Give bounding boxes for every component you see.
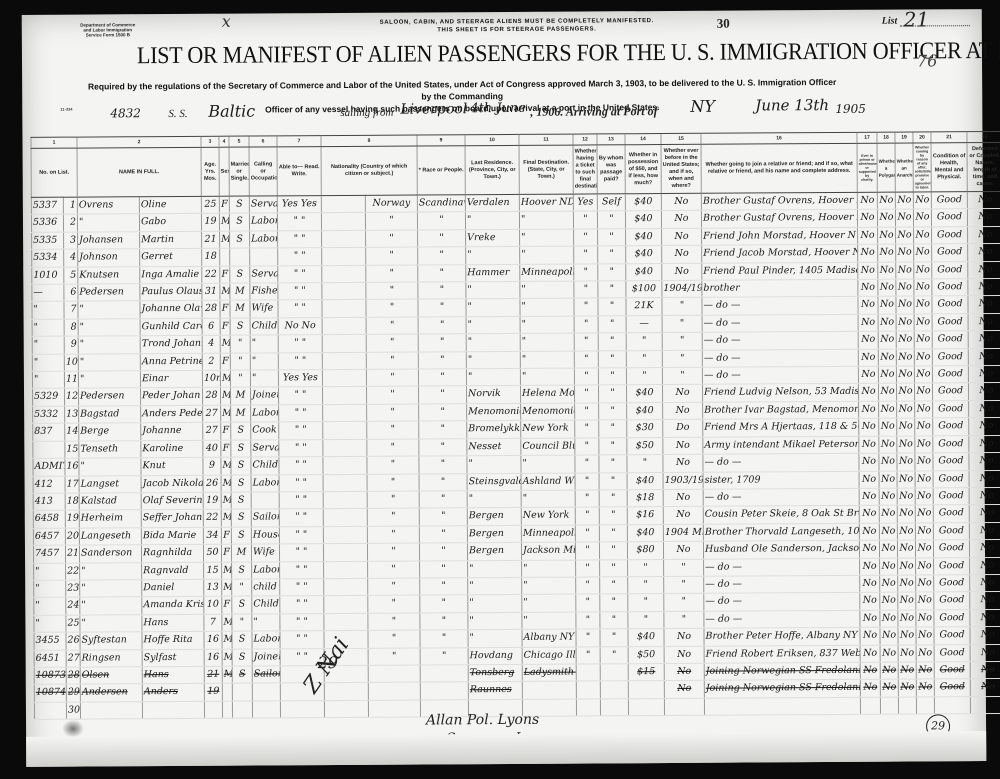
col-num: 1 [31, 137, 77, 148]
cell-dest: Albany NY [522, 629, 576, 647]
cell-occ: " [250, 370, 278, 388]
cell-paid: " [599, 472, 627, 490]
cell-c19: No [898, 610, 916, 628]
cell-money: $40 [627, 524, 663, 542]
cell-last: " [466, 316, 520, 334]
cell-last: Bergen [467, 525, 521, 543]
cell-ticket: " [576, 577, 600, 595]
cell-before: No [662, 228, 702, 246]
list-number: 21 [904, 7, 930, 31]
cell-c17: No [859, 401, 879, 419]
cell-sex [222, 701, 232, 718]
cell-surname: Johansen [78, 232, 140, 250]
cell-nat: Norway [365, 195, 417, 213]
cell-c18: No [878, 244, 896, 262]
cell-given: Gabo [139, 214, 201, 232]
cell-age: 10m [202, 370, 220, 388]
cell-line: 22 [66, 563, 80, 580]
cell-c18: No [880, 575, 898, 593]
cell-health: Good [933, 453, 969, 471]
cell-ms: S [232, 666, 252, 684]
cell-surname: Kalstad [79, 493, 141, 511]
manifest-number: 4832 [110, 106, 141, 120]
cell-last: Bergen [467, 543, 521, 561]
cell-deformed: No [969, 453, 1000, 471]
header-nationality: Nationality (Country of which citizen or… [321, 146, 417, 196]
header-read-write: Able to— Read. Write. [277, 147, 321, 196]
ss-label: S. S. [168, 108, 187, 120]
cell-line: 15 [65, 441, 79, 458]
cell-sex: F [220, 266, 230, 283]
cell-rw: " " [280, 561, 324, 579]
manifest-sheet: Department of Commerce and Labor Immigra… [22, 9, 987, 767]
header-ticket: Whether having a ticket to such final de… [573, 145, 597, 194]
cell-occ: Sailor [251, 509, 279, 527]
cell-paid: " [599, 455, 627, 473]
cell-c20: No [915, 540, 933, 558]
header-list-no: No. on List. [31, 148, 77, 197]
cell-occ: Child [251, 457, 279, 475]
cell-c18: No [880, 645, 898, 663]
header-anarchist: Whether an Anarchist. [895, 143, 913, 192]
cell-before: " [664, 611, 704, 629]
cell-join: Brother Ivar Bagstad, Menomonie Wis [703, 401, 859, 419]
cell-age: 26 [203, 475, 221, 493]
cell-c20: No [914, 314, 932, 332]
cell-dest: " [520, 281, 574, 299]
cell-pad [324, 613, 368, 631]
cell-line: 16 [65, 458, 79, 475]
cell-pad [324, 596, 368, 614]
cell-c18: No [878, 366, 896, 384]
cell-paid: " [600, 559, 628, 577]
header-marital: Married or Single. [229, 147, 249, 196]
cell-race: " [418, 369, 466, 387]
cell-sex [222, 684, 232, 701]
cell-last: " [468, 595, 522, 613]
cell-ticket: " [573, 211, 597, 229]
column-header-row: No. on List. NAME IN FULL. Age. Yrs. Mos… [31, 142, 1000, 197]
cell-join: sister, 1709 [703, 471, 859, 489]
cell-join: Cousin Peter Skeie, 8 Oak St Brooklyn NY [703, 506, 859, 524]
cell-dest: " [521, 455, 575, 473]
cell-c19: No [897, 540, 915, 558]
cell-health: Good [934, 662, 970, 680]
cell-age: 21 [202, 231, 220, 249]
cell-c17: No [859, 523, 879, 541]
cell-last: Raunnes [468, 682, 522, 700]
ship-name: Baltic [208, 102, 255, 121]
cell-race: " [420, 630, 468, 648]
cell-occ: Servant [251, 440, 279, 458]
cell-race: " [418, 299, 466, 317]
cell-money: $40 [625, 211, 661, 229]
cell-c18: No [878, 314, 896, 332]
cell-rw: " " [279, 457, 323, 475]
cell-money: — [626, 315, 662, 333]
cell-sex: F [220, 318, 230, 335]
cell-dest: " [520, 333, 574, 351]
cell-rw: " " [278, 387, 322, 405]
cell-c17: No [859, 471, 879, 489]
cell-ms: S [231, 457, 251, 475]
inspector-signature: Allan Pol. Lyons [426, 712, 539, 729]
cell-deformed: No [970, 679, 1000, 697]
col-num: 19 [895, 132, 913, 143]
cell-ms: S [231, 492, 251, 510]
col-num: 10 [465, 134, 519, 145]
cell-money [628, 681, 664, 699]
cell-dest: " [522, 612, 576, 630]
cell-dest: Minneapolis [521, 525, 575, 543]
cell-rw: " " [278, 352, 322, 370]
cell-given: Seffer Johannes [141, 510, 203, 528]
cell-before: No [664, 628, 704, 646]
cell-money: $30 [627, 420, 663, 438]
cell-before: " [662, 350, 702, 368]
cell-ticket [576, 699, 600, 717]
cell-given: Knut [141, 457, 203, 475]
cell-line: 19 [65, 510, 79, 527]
cell-health: Good [933, 540, 969, 558]
cell-rw: " " [279, 422, 323, 440]
cell-before: No [663, 437, 703, 455]
header-before-in-us: Whether ever before in the United States… [661, 144, 701, 193]
cell-sex: F [221, 422, 231, 439]
cell-age: 10 [204, 597, 222, 615]
cell-dest: " [520, 368, 574, 386]
cell-given: Einar [140, 370, 202, 388]
cell-dest: " [520, 316, 574, 334]
cell-c20: No [916, 679, 934, 697]
cell-age: 50 [203, 544, 221, 562]
cell-before: No [663, 454, 703, 472]
cell-ticket: " [574, 229, 598, 247]
cell-pad [324, 700, 368, 718]
cell-c20: No [914, 296, 932, 314]
cell-age: 27 [203, 423, 221, 441]
cell-deformed: No [969, 505, 1000, 523]
col-num: 12 [573, 134, 597, 145]
cell-age: 9 [203, 457, 221, 475]
cell-ticket: " [574, 246, 598, 264]
cell-dest: Council Bluffs [521, 438, 575, 456]
cell-age: 15 [204, 562, 222, 580]
col-num: 21 [931, 132, 967, 143]
cell-sex: F [221, 544, 231, 561]
cell-last: Hovdang [468, 647, 522, 665]
cell-line: 14 [65, 423, 79, 440]
cell-nat: " [368, 578, 420, 596]
cell-paid [600, 681, 628, 699]
cell-last: Norvik [466, 386, 520, 404]
cell-ms: M [230, 388, 250, 406]
cell-surname: " [79, 458, 141, 476]
cell-c19: No [897, 470, 915, 488]
cell-ms [232, 701, 252, 719]
cell-c18: No [878, 349, 896, 367]
cell-line: 21 [65, 545, 79, 562]
cell-paid: " [598, 385, 626, 403]
cell-before: No [663, 541, 703, 559]
cell-nat: " [367, 456, 419, 474]
cell-ms: S [232, 649, 252, 667]
sailing-from: Liverpool [400, 101, 467, 117]
cell-paid: " [598, 368, 626, 386]
cell-nat: " [365, 212, 417, 230]
cell-line: 26 [66, 632, 80, 649]
cell-surname: " [77, 214, 139, 232]
cell-id: 7457 [33, 545, 65, 563]
cell-c19: No [898, 558, 916, 576]
cell-ticket: " [574, 298, 598, 316]
cell-given: Daniel [142, 579, 204, 597]
cell-id: 10874 [34, 685, 66, 703]
cell-c20: No [915, 488, 933, 506]
cell-c17: No [859, 540, 879, 558]
header-money: Whether in possession of $50, and if les… [625, 145, 661, 194]
cell-ticket: " [575, 438, 599, 456]
cell-deformed: No [970, 592, 1000, 610]
arrival-date: June 13th [755, 96, 829, 114]
cell-c17: No [858, 331, 878, 349]
cell-nat: " [366, 334, 418, 352]
cell-id: 3455 [34, 632, 66, 650]
cell-line: 20 [65, 528, 79, 545]
cell-age: 6 [202, 318, 220, 336]
cell-c19: No [896, 227, 914, 245]
cell-join: — do — [704, 575, 860, 593]
cell-last: " [466, 368, 520, 386]
cell-sex: M [221, 457, 231, 474]
cell-nat: " [367, 543, 419, 561]
cell-c18: No [879, 523, 897, 541]
cell-paid: " [599, 420, 627, 438]
cell-money: $40 [627, 402, 663, 420]
cell-c20: No [916, 644, 934, 662]
cell-age: 22 [202, 266, 220, 284]
cell-sex: M [220, 388, 230, 405]
cell-ticket: " [575, 542, 599, 560]
cell-deformed: No [967, 191, 1000, 209]
cell-ticket: " [574, 333, 598, 351]
cell-age: 21 [204, 666, 222, 684]
cell-id: " [32, 354, 64, 372]
cell-line: 6 [64, 284, 78, 301]
arriving-port: NY [690, 97, 715, 116]
cell-before: No [663, 402, 703, 420]
cell-c17: No [858, 366, 878, 384]
cell-race: " [418, 351, 466, 369]
cell-join: — do — [702, 366, 858, 384]
cell-surname: Langset [79, 475, 141, 493]
cell-money: " [627, 455, 663, 473]
cell-nat: " [366, 282, 418, 300]
cell-deformed: No [969, 470, 1000, 488]
cell-ticket: " [576, 629, 600, 647]
cell-c17: No [859, 436, 879, 454]
circled-page-number: 29 [926, 714, 950, 738]
cell-c19 [898, 697, 916, 715]
cell-pad [324, 561, 368, 579]
cell-money [628, 698, 664, 716]
cell-c19: No [896, 366, 914, 384]
cell-join: Joining Norwegian SS Fredolania, Capt Vo… [704, 680, 860, 698]
cell-c20: No [914, 262, 932, 280]
cell-given: Martin [140, 231, 202, 249]
cell-last: " [468, 560, 522, 578]
cell-c19: No [896, 331, 914, 349]
cell-join: Joining Norwegian SS Fredolania, Capt Vo… [704, 662, 860, 680]
header-sex: Sex. [219, 147, 229, 196]
cell-money: $80 [627, 542, 663, 560]
cell-given: Anna Petrine [140, 353, 202, 371]
cell-rw: " " [279, 509, 323, 527]
cell-rw: " " [277, 213, 321, 231]
cell-line: 1 [63, 197, 77, 214]
cell-last: Nesset [467, 438, 521, 456]
cell-sex: F [221, 440, 231, 457]
cell-sex: M [219, 214, 229, 231]
cell-given: Olaf Severin [141, 492, 203, 510]
cell-c18: No [878, 279, 896, 297]
cell-c18: No [880, 662, 898, 680]
cell-before: No [663, 507, 703, 525]
cell-dest: " [520, 299, 574, 317]
cell-id: 412 [33, 476, 65, 494]
cell-race: " [418, 282, 466, 300]
cell-pad [323, 526, 367, 544]
cell-ticket: " [574, 264, 598, 282]
sheet-number: 30 [717, 16, 730, 32]
cell-given: Amanda Kristine [142, 597, 204, 615]
cell-join: Friend Mrs A Hjertaas, 118 & 50th St, Br… [703, 419, 859, 437]
cell-ms: S [231, 440, 251, 458]
cell-ticket: " [574, 316, 598, 334]
cell-age: 34 [203, 527, 221, 545]
cell-c17: No [859, 488, 879, 506]
cell-dest: " [521, 490, 575, 508]
cell-c19: No [896, 383, 914, 401]
cell-ticket: " [574, 351, 598, 369]
cell-health: Good [934, 609, 970, 627]
cell-sex: M [222, 649, 232, 666]
cell-c18: No [878, 331, 896, 349]
cell-pad [324, 683, 368, 701]
cell-deformed: No [969, 540, 1000, 558]
cell-c18: No [878, 297, 896, 315]
cell-c20: No [916, 575, 934, 593]
cell-c20 [916, 697, 934, 715]
cell-dest: Ladysmith BC [522, 664, 576, 682]
cell-occ: Wife [250, 300, 278, 318]
cell-id: " [32, 302, 64, 320]
cell-c19: No [898, 662, 916, 680]
cell-given: Inga Amalie [140, 266, 202, 284]
arrival-year: 1905 [835, 102, 866, 116]
cell-before: No [662, 385, 702, 403]
cell-paid: " [598, 350, 626, 368]
cell-id: " [32, 319, 64, 337]
cell-join: — do — [704, 558, 860, 576]
cell-dest: " [520, 351, 574, 369]
cell-surname: Syftestan [80, 632, 142, 650]
year-label: , 1906. Arriving at Port of [530, 104, 657, 120]
cell-occ: Laborer [249, 213, 277, 231]
cell-health: Good [932, 366, 968, 384]
cell-health: Good [933, 522, 969, 540]
cell-id: 5332 [33, 406, 65, 424]
cell-health: Good [934, 575, 970, 593]
cell-age: 25 [201, 196, 219, 214]
cell-c19: No [896, 262, 914, 280]
cell-before: No [664, 646, 704, 664]
cell-deformed: No [968, 278, 1000, 296]
cell-last: " [468, 577, 522, 595]
col-num: 8 [321, 135, 417, 147]
cell-dest: " [520, 229, 574, 247]
cell-join: — do — [702, 332, 858, 350]
col-num: 5 [229, 136, 249, 147]
cell-dest: Hoover ND [519, 194, 573, 212]
cell-join: Friend Paul Pinder, 1405 Madison St NE M… [702, 262, 858, 280]
cell-deformed: No [968, 296, 1000, 314]
cell-money: " [626, 350, 662, 368]
cell-c17: No [860, 680, 880, 698]
cell-money: $18 [627, 489, 663, 507]
header-race: * Race or People. [417, 146, 465, 195]
cell-paid: " [598, 298, 626, 316]
cell-dest: " [519, 211, 573, 229]
cell-join: — do — [702, 349, 858, 367]
cell-before: " [662, 333, 702, 351]
cell-pad [322, 248, 366, 266]
cell-health: Good [932, 296, 968, 314]
cell-rw: " " [279, 439, 323, 457]
cell-c19: No [895, 192, 913, 210]
cell-occ [252, 683, 280, 701]
cell-c17: No [860, 575, 880, 593]
cell-pad [323, 422, 367, 440]
cell-c19: No [896, 279, 914, 297]
cell-rw: " " [278, 265, 322, 283]
cell-age: 2 [202, 353, 220, 371]
cell-given: Hans [142, 614, 204, 632]
cell-age: 19 [201, 214, 219, 232]
cell-age: 19 [203, 492, 221, 510]
cell-rw [280, 700, 324, 718]
cell-health: Good [932, 314, 968, 332]
cell-health: Good [931, 209, 967, 227]
cell-c18: No [879, 401, 897, 419]
cell-rw: " " [278, 335, 322, 353]
cell-given: Peder Johan [140, 388, 202, 406]
cell-join: Husband Ole Sanderson, Jackson Minn [703, 540, 859, 558]
cell-line: 7 [64, 302, 78, 319]
cell-c18: No [877, 192, 895, 210]
cell-sex [220, 248, 230, 265]
cell-race: " [419, 491, 467, 509]
cell-c20: No [914, 244, 932, 262]
cell-before: No [664, 663, 704, 681]
cell-health: Good [932, 244, 968, 262]
cell-ticket: " [575, 525, 599, 543]
cell-line: 17 [65, 476, 79, 493]
cell-c18: No [879, 505, 897, 523]
cell-rw: " " [279, 492, 323, 510]
cell-nat: " [366, 352, 418, 370]
cell-occ [250, 248, 278, 266]
